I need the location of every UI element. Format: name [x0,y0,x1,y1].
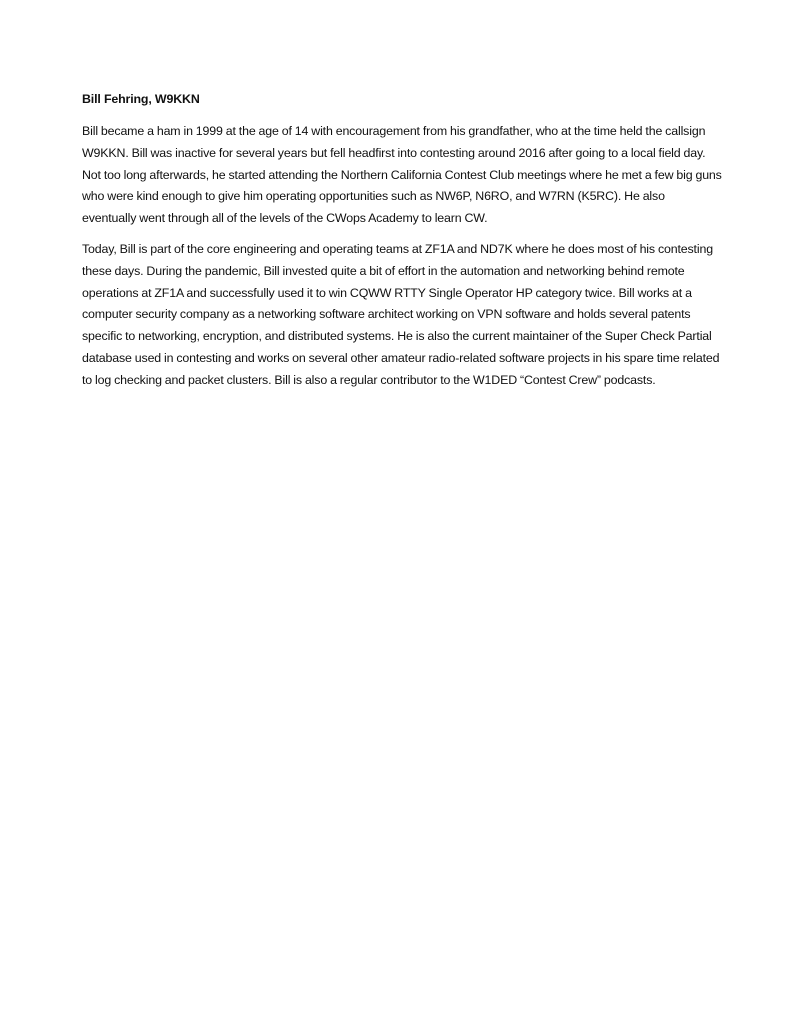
bio-paragraph-1: Bill became a ham in 1999 at the age of … [82,121,722,230]
bio-paragraph-2: Today, Bill is part of the core engineer… [82,239,722,392]
bio-title: Bill Fehring, W9KKN [82,89,722,109]
document-page: Bill Fehring, W9KKN Bill became a ham in… [82,89,722,401]
